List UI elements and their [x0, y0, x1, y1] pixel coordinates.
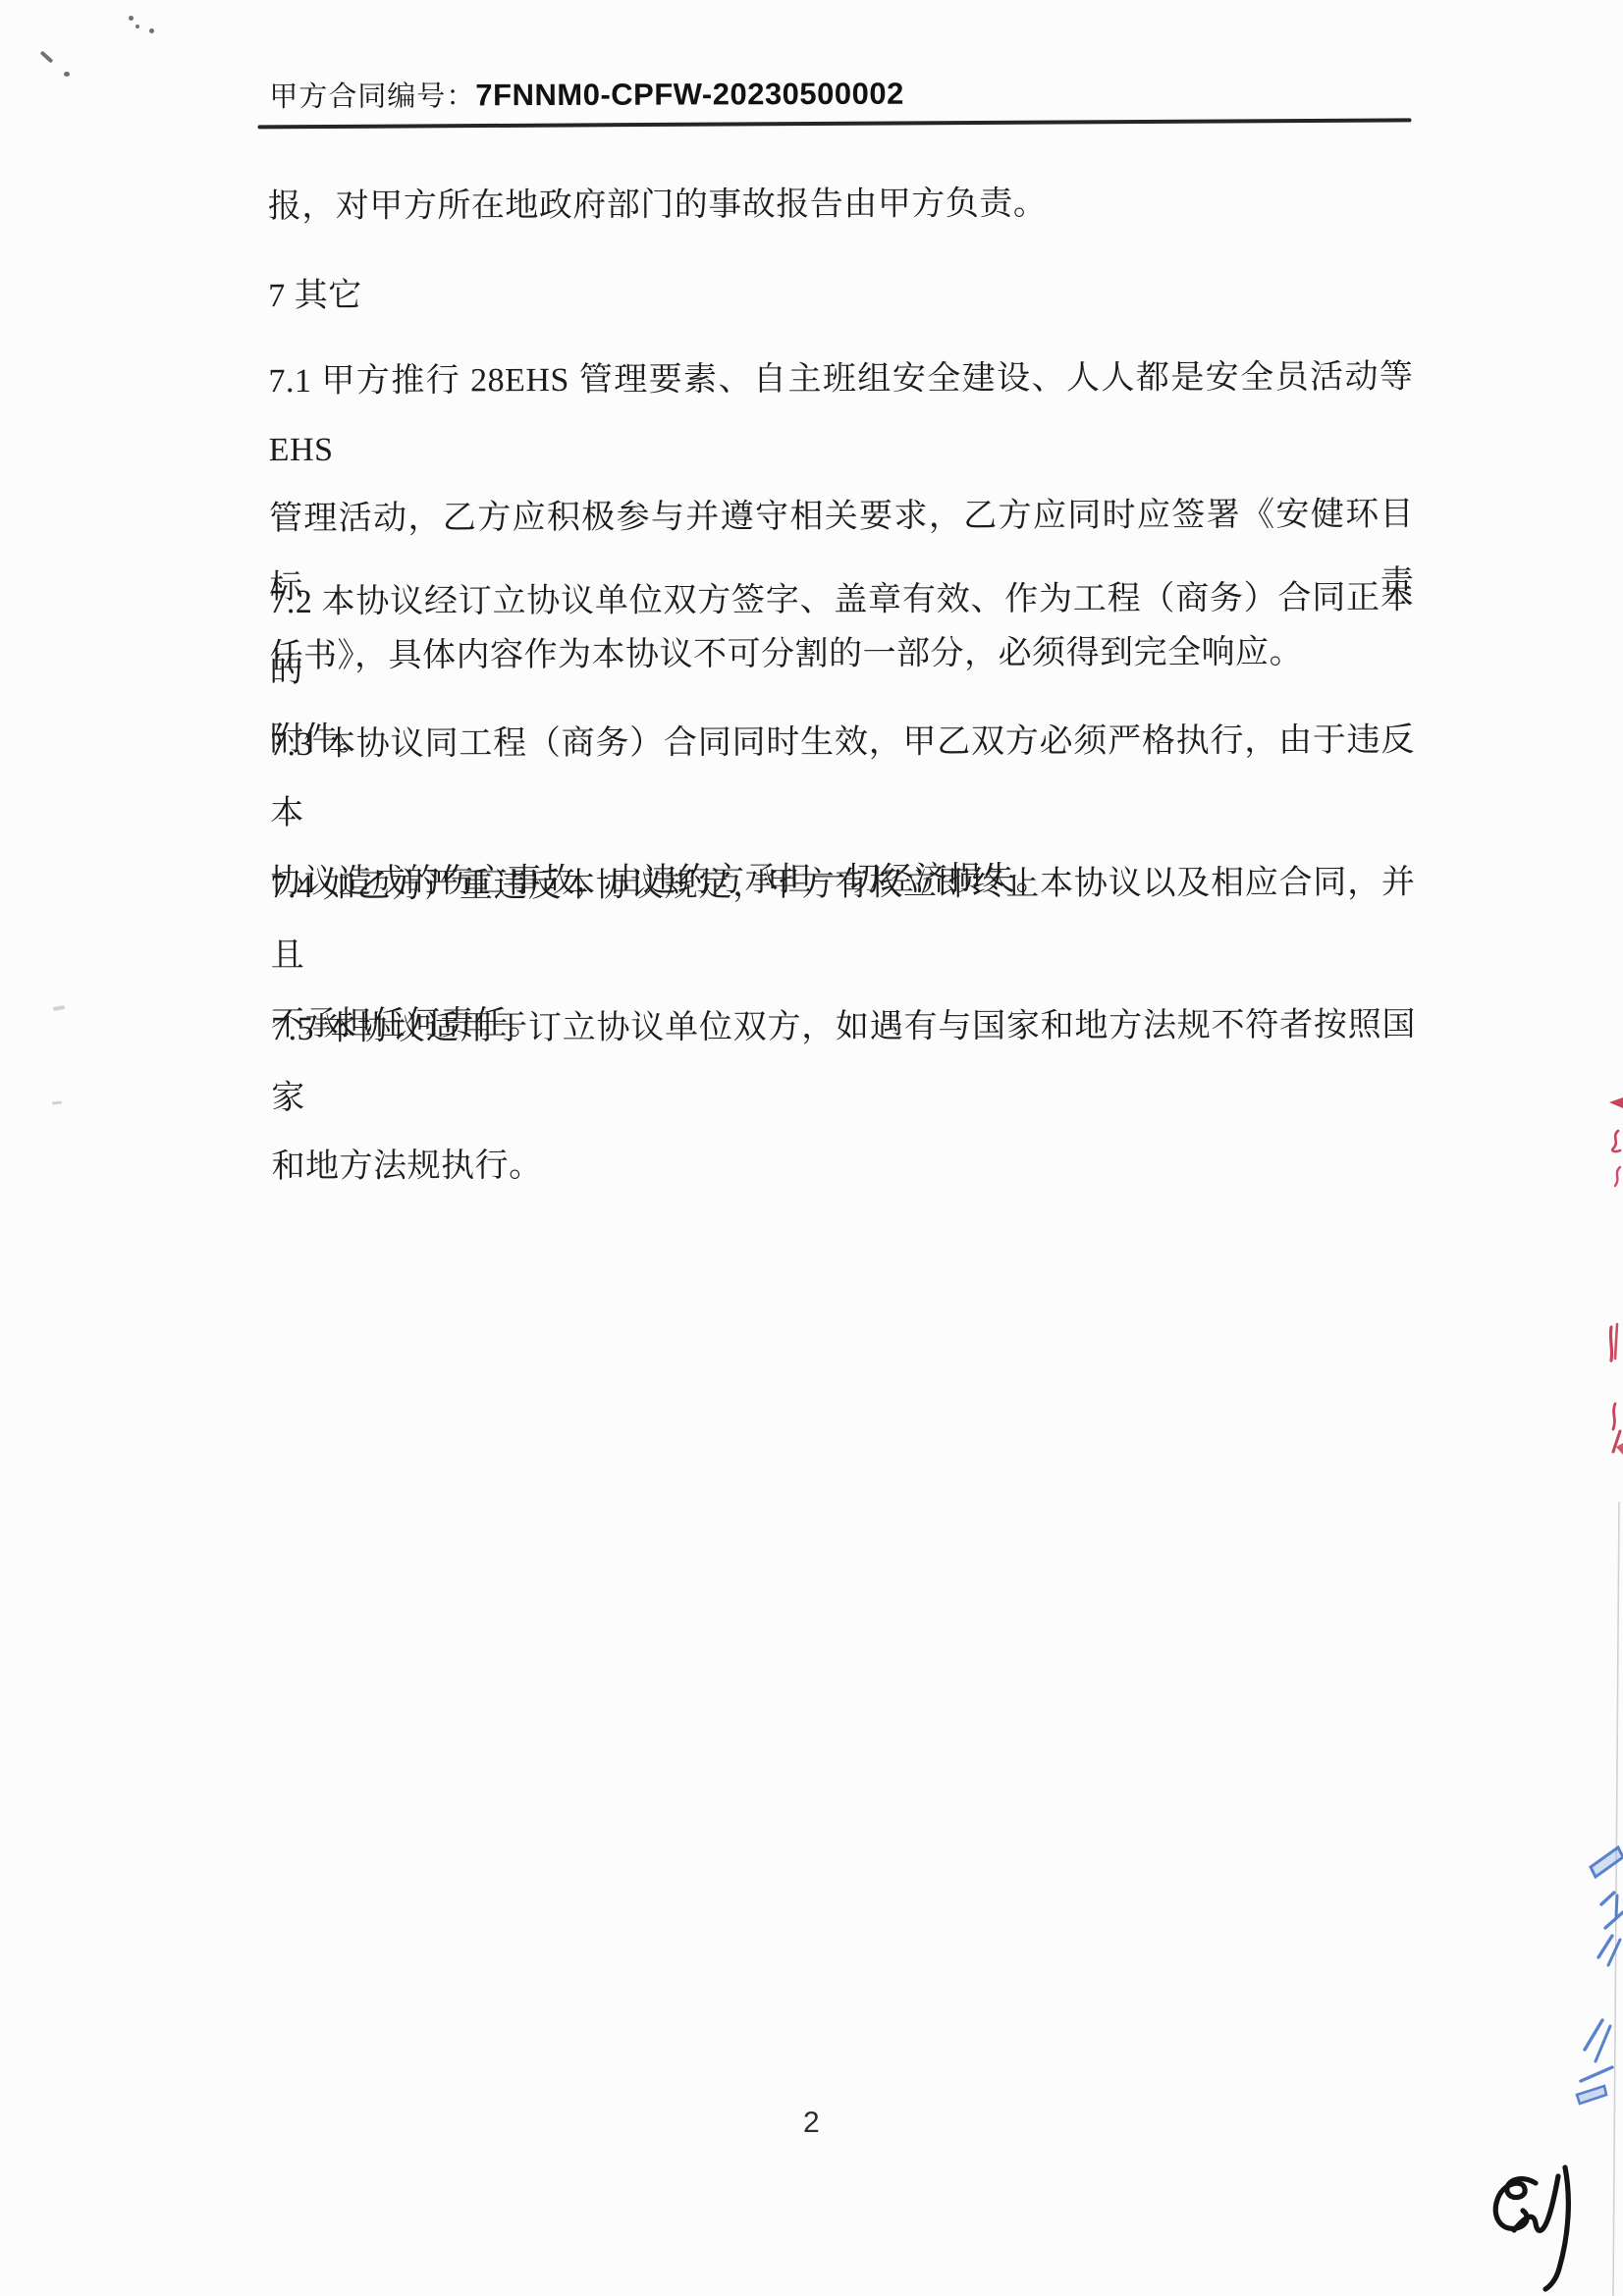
red-edge-mark-lower [1600, 1321, 1623, 1459]
handwritten-signature [1471, 2156, 1594, 2296]
clause-7-1-line-1: 7.1 甲方推行 28EHS 管理要素、自主班组安全建设、人人都是安全员活动等 … [268, 344, 1414, 485]
page-content: 甲方合同编号：7FNNM0-CPFW-20230500002 报，对甲方所在地政… [0, 0, 1623, 2296]
clause-7-4-line-1: 7.4 如乙方严重违反本协议规定，甲方有权立即终止本协议以及相应合同，并且 [270, 849, 1416, 990]
clause-7-5-line-1: 7.5 本协议适用于订立协议单位双方，如遇有与国家和地方法规不符者按照国家 [271, 991, 1417, 1133]
section-7-heading: 7 其它 [268, 258, 1413, 331]
contract-number-value: 7FNNM0-CPFW-20230500002 [475, 77, 904, 113]
page-number: 2 [782, 2107, 840, 2140]
section-7-heading-line-1: 7 其它 [268, 258, 1413, 331]
clause-6-continuation: 报，对甲方所在地政府部门的事故报告由甲方负责。 [268, 169, 1413, 241]
scan-speck [129, 16, 134, 21]
scan-speck [64, 72, 70, 77]
clause-7-3-line-1: 7.3 本协议同工程（商务）合同同时生效，甲乙双方必须严格执行，由于违反本 [270, 707, 1416, 848]
clause-6-continuation-line-1: 报，对甲方所在地政府部门的事故报告由甲方负责。 [268, 169, 1413, 241]
clause-7-2-line-1: 7.2 本协议经订立协议单位双方签字、盖章有效、作为工程（商务）合同正本的 [269, 564, 1415, 706]
header: 甲方合同编号：7FNNM0-CPFW-20230500002 [269, 73, 904, 115]
red-edge-mark-upper [1600, 1095, 1623, 1194]
header-rule [257, 118, 1411, 129]
scan-speck [135, 25, 139, 28]
contract-number-label: 甲方合同编号： [269, 80, 475, 113]
blue-stamp-fragment [1569, 1842, 1623, 2121]
clause-7-5: 7.5 本协议适用于订立协议单位双方，如遇有与国家和地方法规不符者按照国家 和地… [271, 991, 1417, 1201]
scanned-contract-page: 甲方合同编号：7FNNM0-CPFW-20230500002 报，对甲方所在地政… [0, 0, 1623, 2296]
clause-7-5-line-2: 和地方法规执行。 [271, 1129, 1416, 1201]
scan-speck [149, 28, 154, 33]
